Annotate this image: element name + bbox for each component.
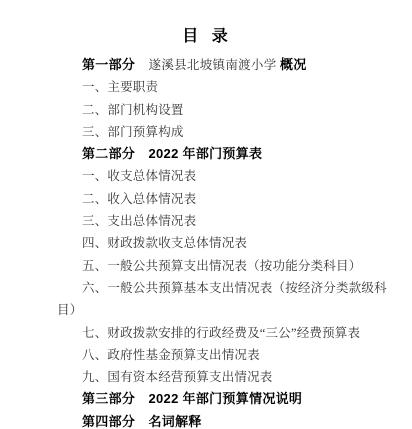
toc-entry-text: 六、一般公共预算基本支出情况表（按经济分类款级科目） xyxy=(57,281,387,317)
toc-entry-text: 二、收入总体情况表 xyxy=(82,192,196,206)
toc-item: 八、政府性基金预算支出情况表 xyxy=(57,344,394,366)
toc-part-heading: 第三部分 2022 年部门预算情况说明 xyxy=(57,388,394,410)
toc-entry-text: 八、政府性基金预算支出情况表 xyxy=(82,348,260,362)
toc-entry-text: 一、收支总体情况表 xyxy=(82,169,196,183)
toc-entry-text: 三、支出总体情况表 xyxy=(82,214,196,228)
toc-part-heading: 第一部分 遂溪县北坡镇南渡小学 概况 xyxy=(57,54,394,76)
toc-item: 三、部门预算构成 xyxy=(57,121,394,143)
toc-entry-text: 五、一般公共预算支出情况表（按功能分类科目） xyxy=(82,259,361,273)
toc-entry-emphasis-text: 概况 xyxy=(280,57,307,72)
toc-item: 三、支出总体情况表 xyxy=(57,210,394,232)
toc-part-heading: 第四部分 名词解释 xyxy=(57,411,394,429)
toc-item: 一、收支总体情况表 xyxy=(57,165,394,187)
toc-item: 一、主要职责 xyxy=(57,76,394,98)
toc-item: 四、财政拨款收支总体情况表 xyxy=(57,232,394,254)
toc-item: 七、财政拨款安排的行政经费及“三公”经费预算表 xyxy=(57,322,394,344)
toc-item: 二、部门机构设置 xyxy=(57,99,394,121)
toc-part-heading: 第二部分 2022 年部门预算表 xyxy=(57,143,394,165)
toc-entry-text: 九、国有资本经营预算支出情况表 xyxy=(82,370,273,384)
toc-item: 六、一般公共预算基本支出情况表（按经济分类款级科目） xyxy=(57,277,394,322)
toc-entry-text: 二、部门机构设置 xyxy=(82,103,184,117)
document-page: 目 录 第一部分 遂溪县北坡镇南渡小学 概况一、主要职责二、部门机构设置三、部门… xyxy=(0,0,412,429)
toc-entry-text: 三、部门预算构成 xyxy=(82,125,184,139)
toc-entry-emphasis-text: 第四部分 名词解释 xyxy=(82,414,202,429)
toc-entry-text: 遂溪县北坡镇南渡小学 xyxy=(149,58,280,72)
toc-entry-emphasis-text: 第三部分 2022 年部门预算情况说明 xyxy=(82,391,302,406)
toc-entry-emphasis-text: 第一部分 xyxy=(82,57,149,72)
toc-entry-text: 七、财政拨款安排的行政经费及“三公”经费预算表 xyxy=(82,326,360,340)
toc-entry-text: 四、财政拨款收支总体情况表 xyxy=(82,236,247,250)
toc-entry-text: 一、主要职责 xyxy=(82,80,158,94)
toc-item: 二、收入总体情况表 xyxy=(57,188,394,210)
toc-item: 五、一般公共预算支出情况表（按功能分类科目） xyxy=(57,255,394,277)
toc-item: 九、国有资本经营预算支出情况表 xyxy=(57,366,394,388)
toc-entry-emphasis-text: 第二部分 2022 年部门预算表 xyxy=(82,146,262,161)
page-title: 目 录 xyxy=(0,0,412,47)
toc: 第一部分 遂溪县北坡镇南渡小学 概况一、主要职责二、部门机构设置三、部门预算构成… xyxy=(57,54,394,429)
